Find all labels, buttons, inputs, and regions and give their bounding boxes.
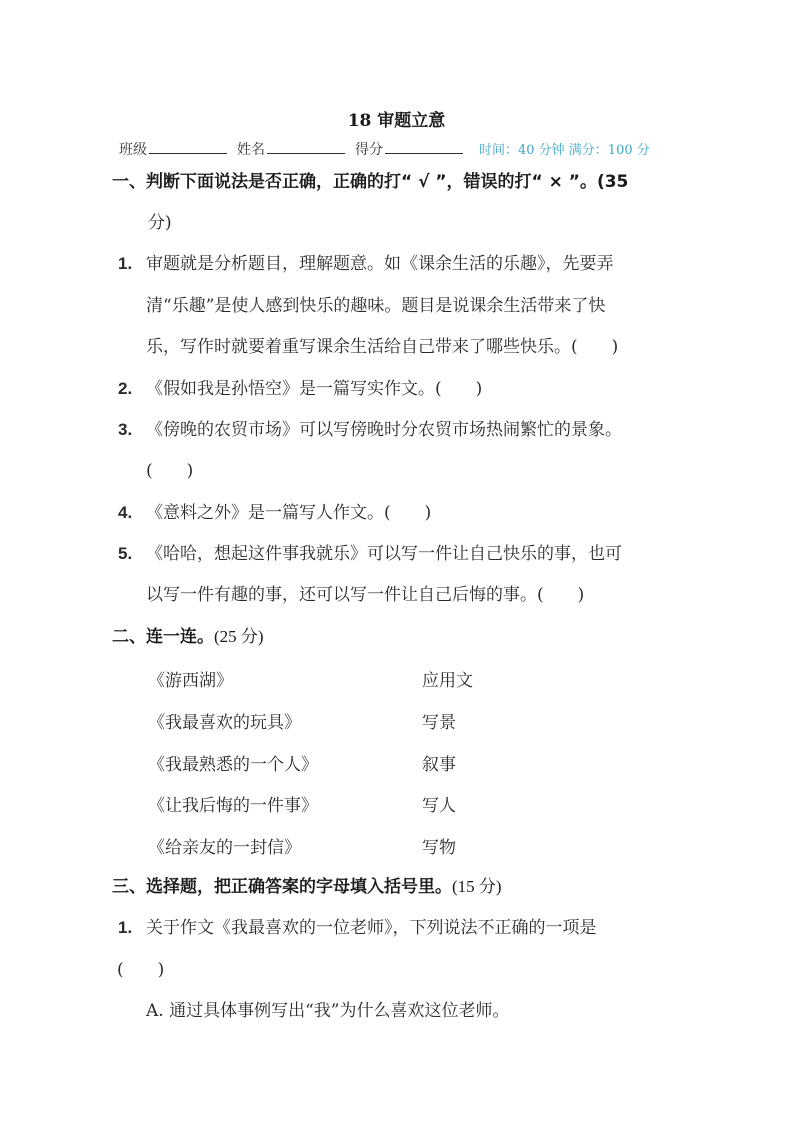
student-info-row: 班级 姓名 得分 时间：40 分钟 满分：100 分 [119, 139, 679, 159]
question-1-line3[interactable]: 乐，写作时就要着重写课余生活给自己带来了哪些快乐。( ) [146, 335, 618, 359]
question-text: 《假如我是孙悟空》是一篇写实作文。( ) [146, 379, 482, 399]
question-text: 关于作文《我最喜欢的一位老师》，下列说法不正确的一项是 [146, 918, 597, 938]
score-label: 得分 [355, 139, 383, 159]
option-label: A. [146, 1001, 164, 1021]
match-right-item[interactable]: 应用文 [422, 666, 473, 691]
match-right-item[interactable]: 写景 [422, 708, 456, 733]
match-left-item[interactable]: 《让我后悔的一件事》 [148, 791, 318, 816]
choice-question-1-stem: 1.关于作文《我最喜欢的一位老师》，下列说法不正确的一项是 [118, 916, 597, 940]
question-text: 《哈哈，想起这件事我就乐》可以写一件让自己快乐的事，也可 [146, 544, 622, 564]
question-text: 审题就是分析题目，理解题意。如《课余生活的乐趣》，先要弄 [146, 254, 614, 274]
page-title: 18 审题立意 [0, 106, 793, 131]
question-2[interactable]: 2.《假如我是孙悟空》是一篇写实作文。( ) [118, 377, 482, 401]
match-left-item[interactable]: 《我最熟悉的一个人》 [148, 750, 318, 775]
section1-heading: 一、判断下面说法是否正确，正确的打“ √ ”，错误的打“ × ”。(35 [112, 170, 628, 194]
match-right-item[interactable]: 写人 [422, 791, 456, 816]
question-number: 1. [118, 252, 146, 276]
question-1-line2: 清“乐趣”是使人感到快乐的趣味。题目是说课余生活带来了快 [146, 294, 605, 318]
question-4[interactable]: 4.《意料之外》是一篇写人作文。( ) [118, 501, 431, 525]
section3-points: (15 分) [452, 877, 502, 896]
question-number: 5. [118, 542, 146, 566]
choice-option-a: A. 通过具体事例写出“我”为什么喜欢这位老师。 [146, 999, 509, 1023]
name-field[interactable] [267, 139, 345, 154]
section2-heading: 二、连一连。(25 分) [112, 625, 264, 649]
match-right-item[interactable]: 叙事 [422, 750, 456, 775]
section3-title: 三、选择题，把正确答案的字母填入括号里。 [112, 877, 452, 897]
time-score-info: 时间：40 分钟 满分：100 分 [479, 139, 650, 158]
question-number: 1. [118, 916, 146, 940]
match-left-item[interactable]: 《给亲友的一封信》 [148, 833, 301, 858]
question-1-line1: 1.审题就是分析题目，理解题意。如《课余生活的乐趣》，先要弄 [118, 252, 614, 276]
question-text: 《意料之外》是一篇写人作文。( ) [146, 503, 431, 523]
section2-points: (25 分) [214, 627, 264, 646]
class-field[interactable] [149, 139, 227, 154]
section3-heading: 三、选择题，把正确答案的字母填入括号里。(15 分) [112, 875, 502, 899]
class-label: 班级 [119, 139, 147, 159]
question-number: 2. [118, 377, 146, 401]
question-5-line2[interactable]: 以写一件有趣的事，还可以写一件让自己后悔的事。( ) [146, 583, 584, 607]
section1-heading-cont: 分) [148, 211, 172, 235]
name-label: 姓名 [237, 139, 265, 159]
question-3-line1: 3.《傍晚的农贸市场》可以写傍晚时分农贸市场热闹繁忙的景象。 [118, 418, 622, 442]
match-right-item[interactable]: 写物 [422, 833, 456, 858]
question-3-answer-blank[interactable]: ( ) [146, 459, 193, 483]
match-left-item[interactable]: 《游西湖》 [148, 666, 233, 691]
section2-title: 二、连一连。 [112, 627, 214, 647]
option-text: 通过具体事例写出“我”为什么喜欢这位老师。 [169, 1001, 509, 1021]
question-5-line1: 5.《哈哈，想起这件事我就乐》可以写一件让自己快乐的事，也可 [118, 542, 622, 566]
question-number: 4. [118, 501, 146, 525]
question-number: 3. [118, 418, 146, 442]
score-field[interactable] [385, 139, 463, 154]
question-text: 《傍晚的农贸市场》可以写傍晚时分农贸市场热闹繁忙的景象。 [146, 420, 622, 440]
choice-answer-blank[interactable]: ( ) [117, 958, 164, 982]
match-left-item[interactable]: 《我最喜欢的玩具》 [148, 708, 301, 733]
